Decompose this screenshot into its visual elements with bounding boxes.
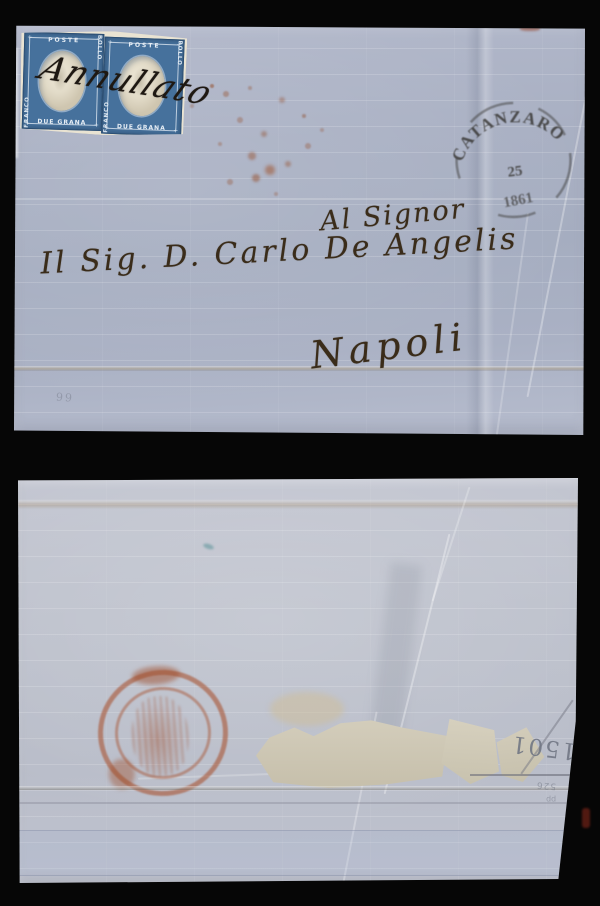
pencil-mark-front: 66 (54, 389, 73, 403)
tape-remnant (256, 716, 448, 788)
cover-back-photo: 1501 526 pp (18, 478, 578, 883)
horizontal-crease-line (14, 366, 585, 371)
postmark-day-text: 25 (507, 163, 524, 181)
arrival-postmark-red (94, 666, 232, 801)
ink-smudge (202, 542, 214, 550)
svg-text:CATANZARO: CATANZARO (443, 100, 572, 165)
cover-front-photo: + + + + POSTE FRANCO BOLLO DUE GRANA + +… (14, 22, 585, 435)
address-line-recipient: Il Sig. D. Carlo De Angelis (39, 221, 519, 281)
pencil-small-annotation: 526 (536, 779, 557, 790)
paper-edge-highlight (14, 48, 18, 158)
stamp-value-label: DUE GRANA (23, 118, 101, 127)
bottom-fold-band (18, 830, 578, 876)
horizontal-fold-line (18, 786, 578, 790)
postmark-town-text: CATANZARO (443, 100, 572, 165)
pencil-small-annotation: pp (546, 795, 556, 804)
rust-mark (520, 26, 540, 31)
postmark-year-text: 1861 (502, 190, 535, 211)
foxing-stains (210, 84, 214, 88)
adhesive-stain (270, 692, 344, 726)
photo-stage: + + + + POSTE FRANCO BOLLO DUE GRANA + +… (0, 0, 600, 906)
top-crease-stain (18, 500, 578, 509)
sheet-edge-line (470, 774, 578, 776)
sheet-edge-line (18, 802, 578, 804)
red-edge-mark (582, 808, 590, 828)
